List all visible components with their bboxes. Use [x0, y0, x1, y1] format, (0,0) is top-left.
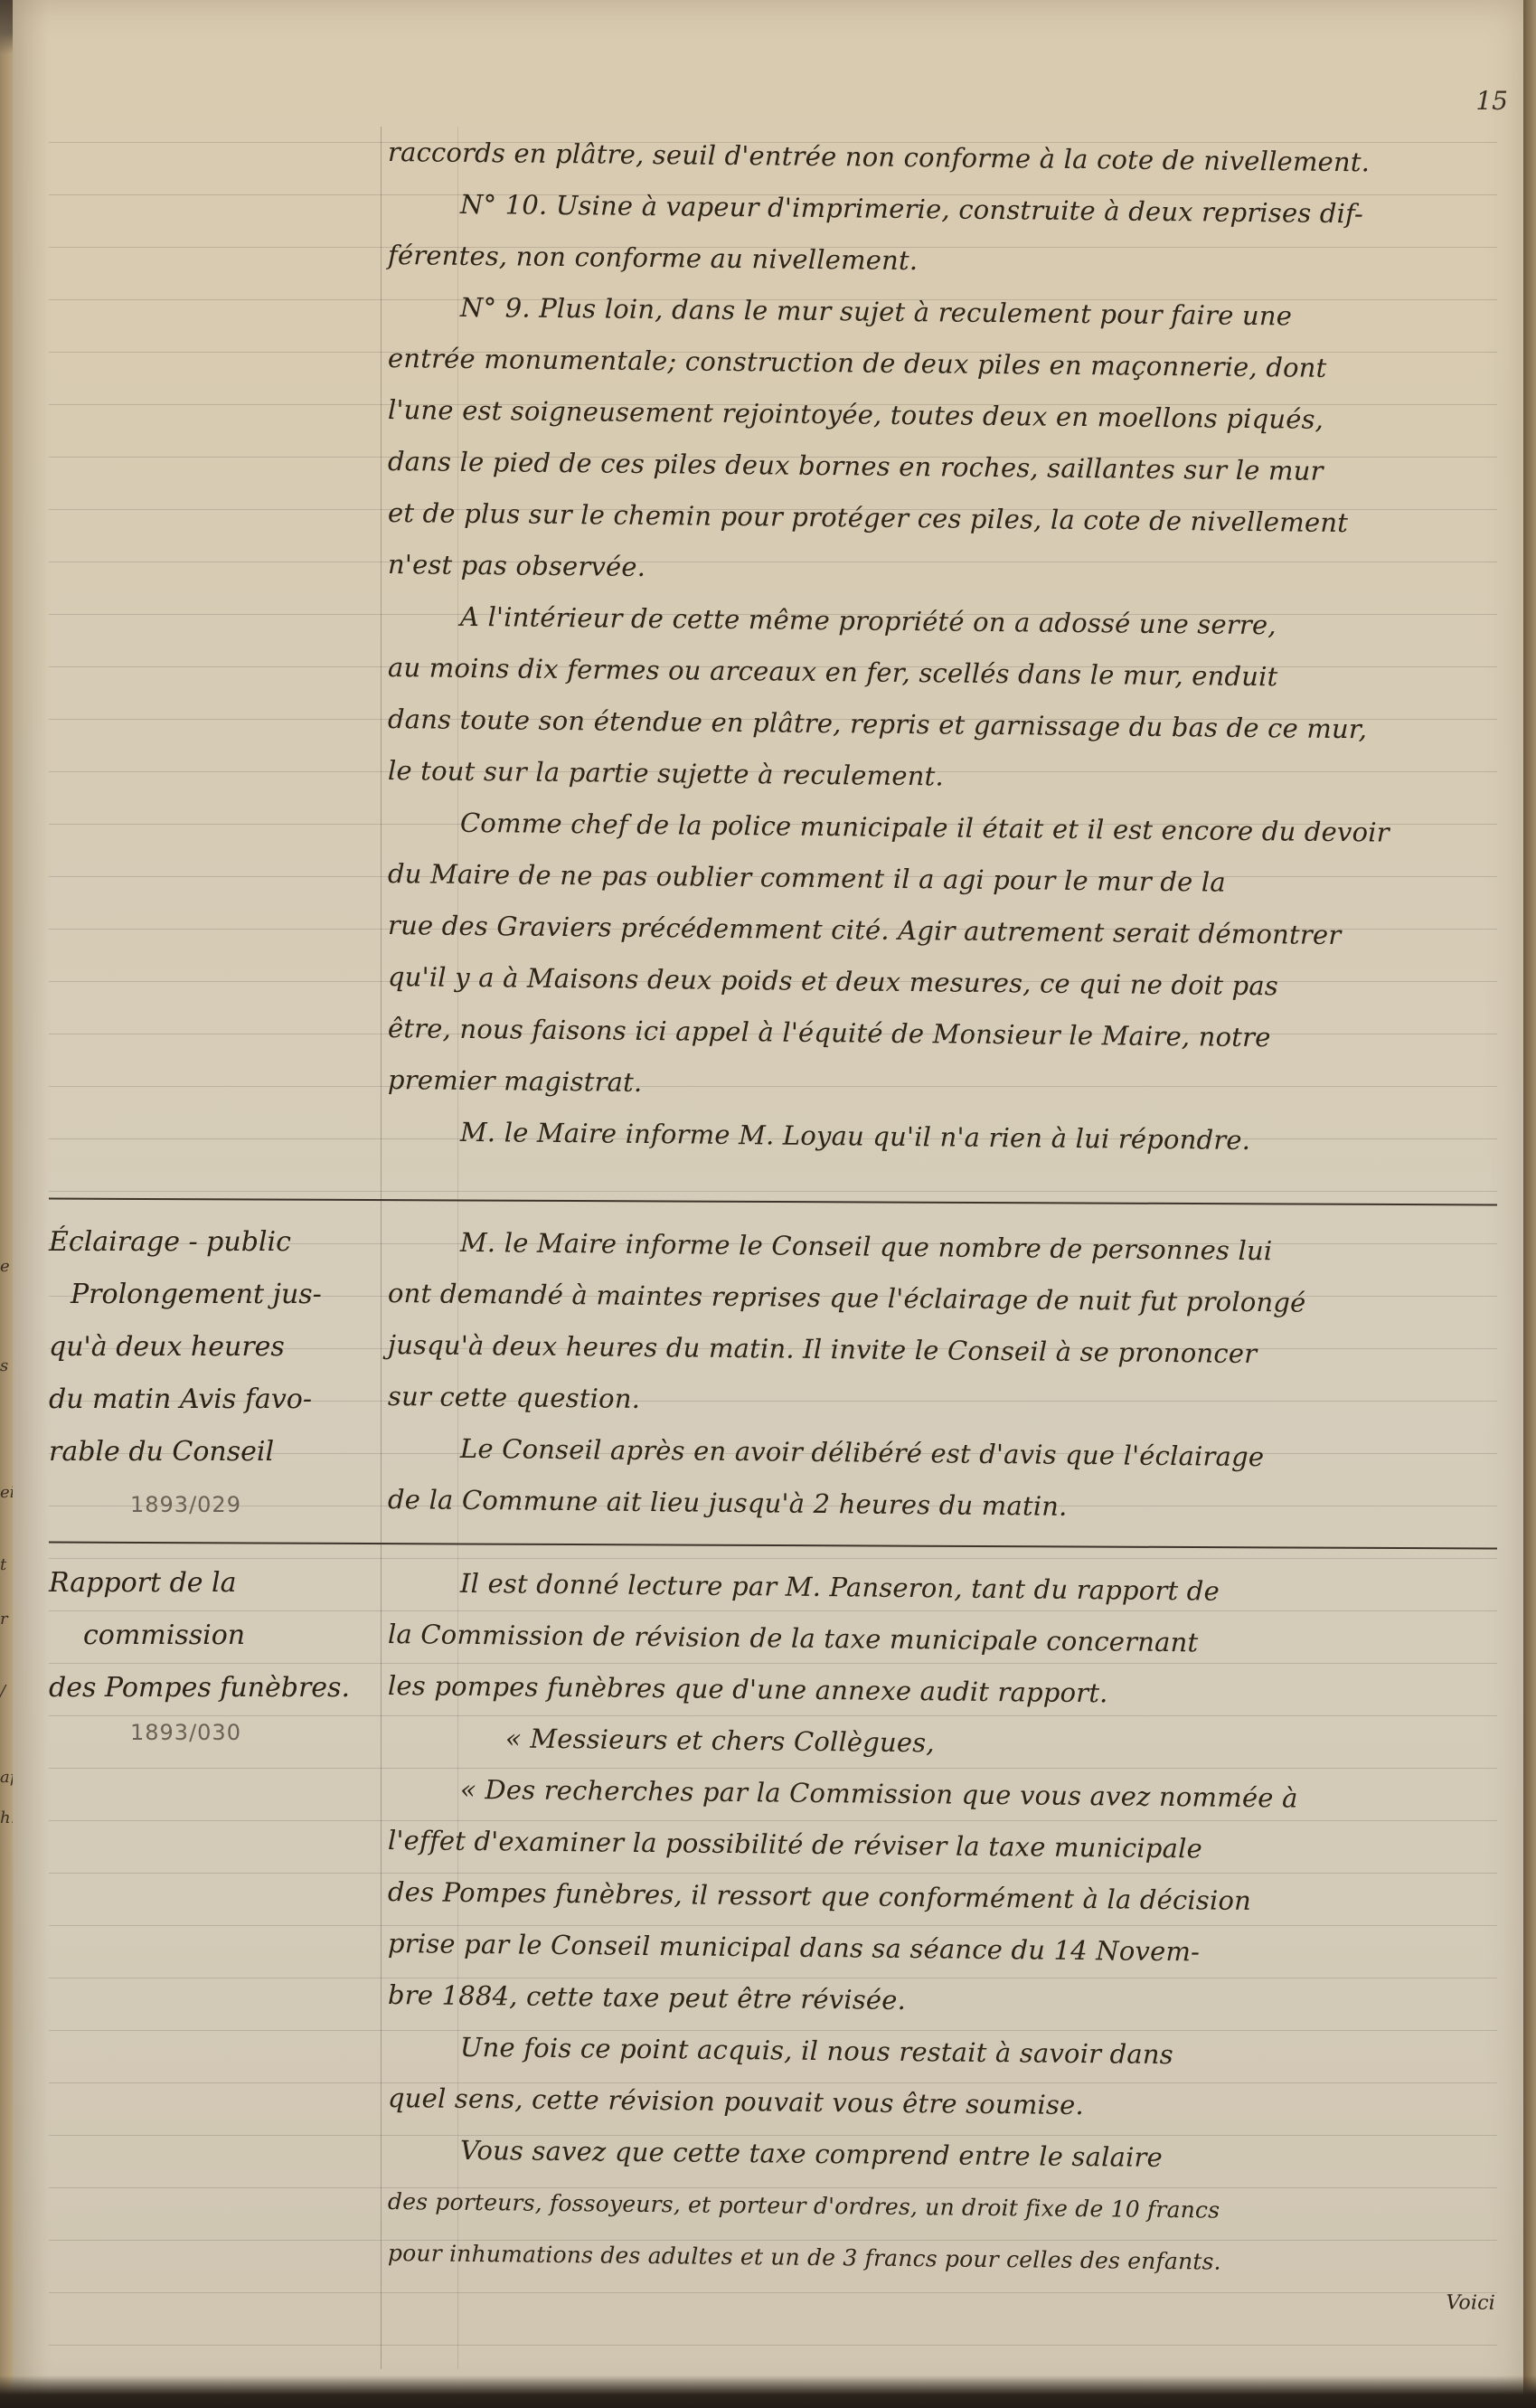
margin-title-line: commission — [49, 1610, 374, 1662]
facing-page-fragment: h. — [0, 1808, 13, 1827]
section-eclairage-text: M. le Maire informe le Conseil que nombr… — [388, 1216, 1531, 1525]
page-number: 15 — [1475, 86, 1508, 116]
margin-title-pompes-funebres: Rapport de la commission des Pompes funè… — [49, 1557, 374, 1751]
margin-title-eclairage: Éclairage - public Prolongement jus- qu'… — [49, 1216, 374, 1531]
margin-title-line: du matin Avis favo- — [49, 1374, 374, 1426]
binding-shadow-bottom — [0, 2375, 1536, 2408]
left-page-edge — [0, 0, 13, 2408]
facing-page-fragment: ap, — [0, 1768, 13, 1787]
facing-page-fragment: e — [0, 1257, 13, 1276]
margin-title-line: rable du Conseil — [49, 1426, 374, 1478]
register-page: 15 raccords en plâtre, seuil d'entrée no… — [13, 0, 1524, 2401]
margin-title-line: des Pompes funèbres. — [49, 1662, 374, 1714]
margin-rule — [381, 127, 382, 2369]
facing-page-fragment: t — [0, 1555, 13, 1574]
archive-reference: 1893/029 — [49, 1478, 374, 1531]
facing-page-fragment: ei — [0, 1483, 13, 1502]
continuation-text: raccords en plâtre, seuil d'entrée non c… — [388, 127, 1531, 1157]
text-line: de la Commune ait lieu jusqu'à 2 heures … — [388, 1474, 1532, 1537]
facing-page-fragment: / — [0, 1682, 13, 1701]
facing-page-fragment: s — [0, 1356, 13, 1375]
section-pompes-funebres-text: Il est donné lecture par M. Panseron, ta… — [388, 1557, 1531, 2306]
right-page-edge — [1523, 0, 1536, 2408]
margin-title-line: Éclairage - public — [49, 1216, 374, 1269]
facing-page-fragment: r — [0, 1610, 13, 1629]
margin-title-line: Rapport de la — [49, 1557, 374, 1610]
archive-reference: 1893/030 — [49, 1714, 374, 1751]
section-divider — [49, 1542, 1497, 1550]
section-divider — [49, 1198, 1497, 1206]
margin-title-line: qu'à deux heures — [49, 1321, 374, 1374]
margin-title-line: Prolongement jus- — [49, 1269, 374, 1321]
text-line: M. le Maire informe M. Loyau qu'il n'a r… — [388, 1106, 1532, 1169]
